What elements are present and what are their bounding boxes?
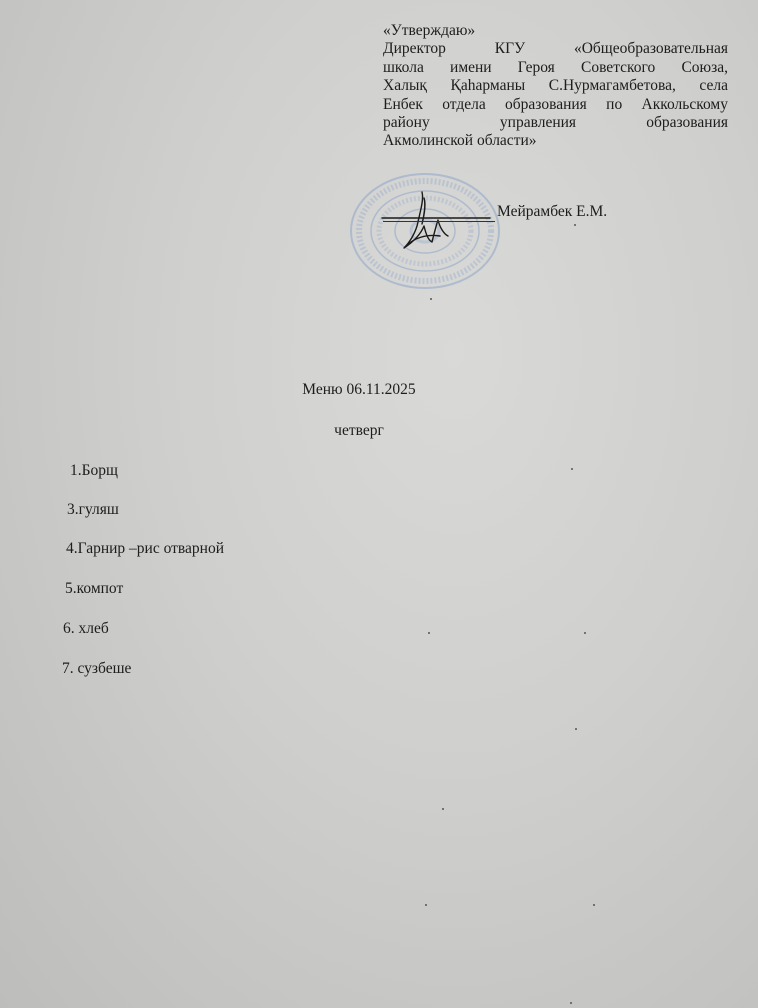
paper-speck — [428, 632, 430, 634]
signature-row: Мейрамбек Е.М. — [383, 203, 728, 223]
signature-icon — [380, 190, 500, 260]
menu-item: 6. хлеб — [63, 620, 109, 638]
approval-line: району управления образования — [383, 114, 728, 132]
menu-item: 4.Гарнир –рис отварной — [66, 540, 224, 558]
approval-line: Халық Қаһарманы С.Нурмагамбетова, села — [383, 77, 728, 95]
menu-item: 3.гуляш — [67, 501, 119, 519]
approval-line: школа имени Героя Советского Союза, — [383, 59, 728, 77]
signatory-name: Мейрамбек Е.М. — [497, 203, 607, 221]
menu-title: Меню 06.11.2025 — [0, 381, 738, 399]
signature-line — [383, 221, 495, 222]
paper-speck — [574, 224, 576, 226]
approval-line: Директор КГУ «Общеобразовательная — [383, 40, 728, 58]
menu-item: 7. сузбеше — [62, 660, 131, 678]
menu-day: четверг — [0, 422, 738, 440]
paper-speck — [571, 468, 573, 470]
paper-speck — [442, 808, 444, 810]
paper-speck — [584, 632, 586, 634]
menu-item: 1.Борщ — [70, 462, 118, 480]
paper-speck — [430, 298, 432, 300]
paper-speck — [425, 904, 427, 906]
approval-line: Енбек отдела образования по Аккольскому — [383, 96, 728, 114]
approval-line: Акмолинской области» — [383, 132, 728, 150]
paper-speck — [575, 728, 577, 730]
paper-speck — [570, 1002, 572, 1004]
approval-heading: «Утверждаю» — [383, 22, 728, 40]
menu-item: 5.компот — [65, 580, 123, 598]
approval-block: «Утверждаю» Директор КГУ «Общеобразовате… — [383, 22, 728, 151]
paper-speck — [593, 904, 595, 906]
